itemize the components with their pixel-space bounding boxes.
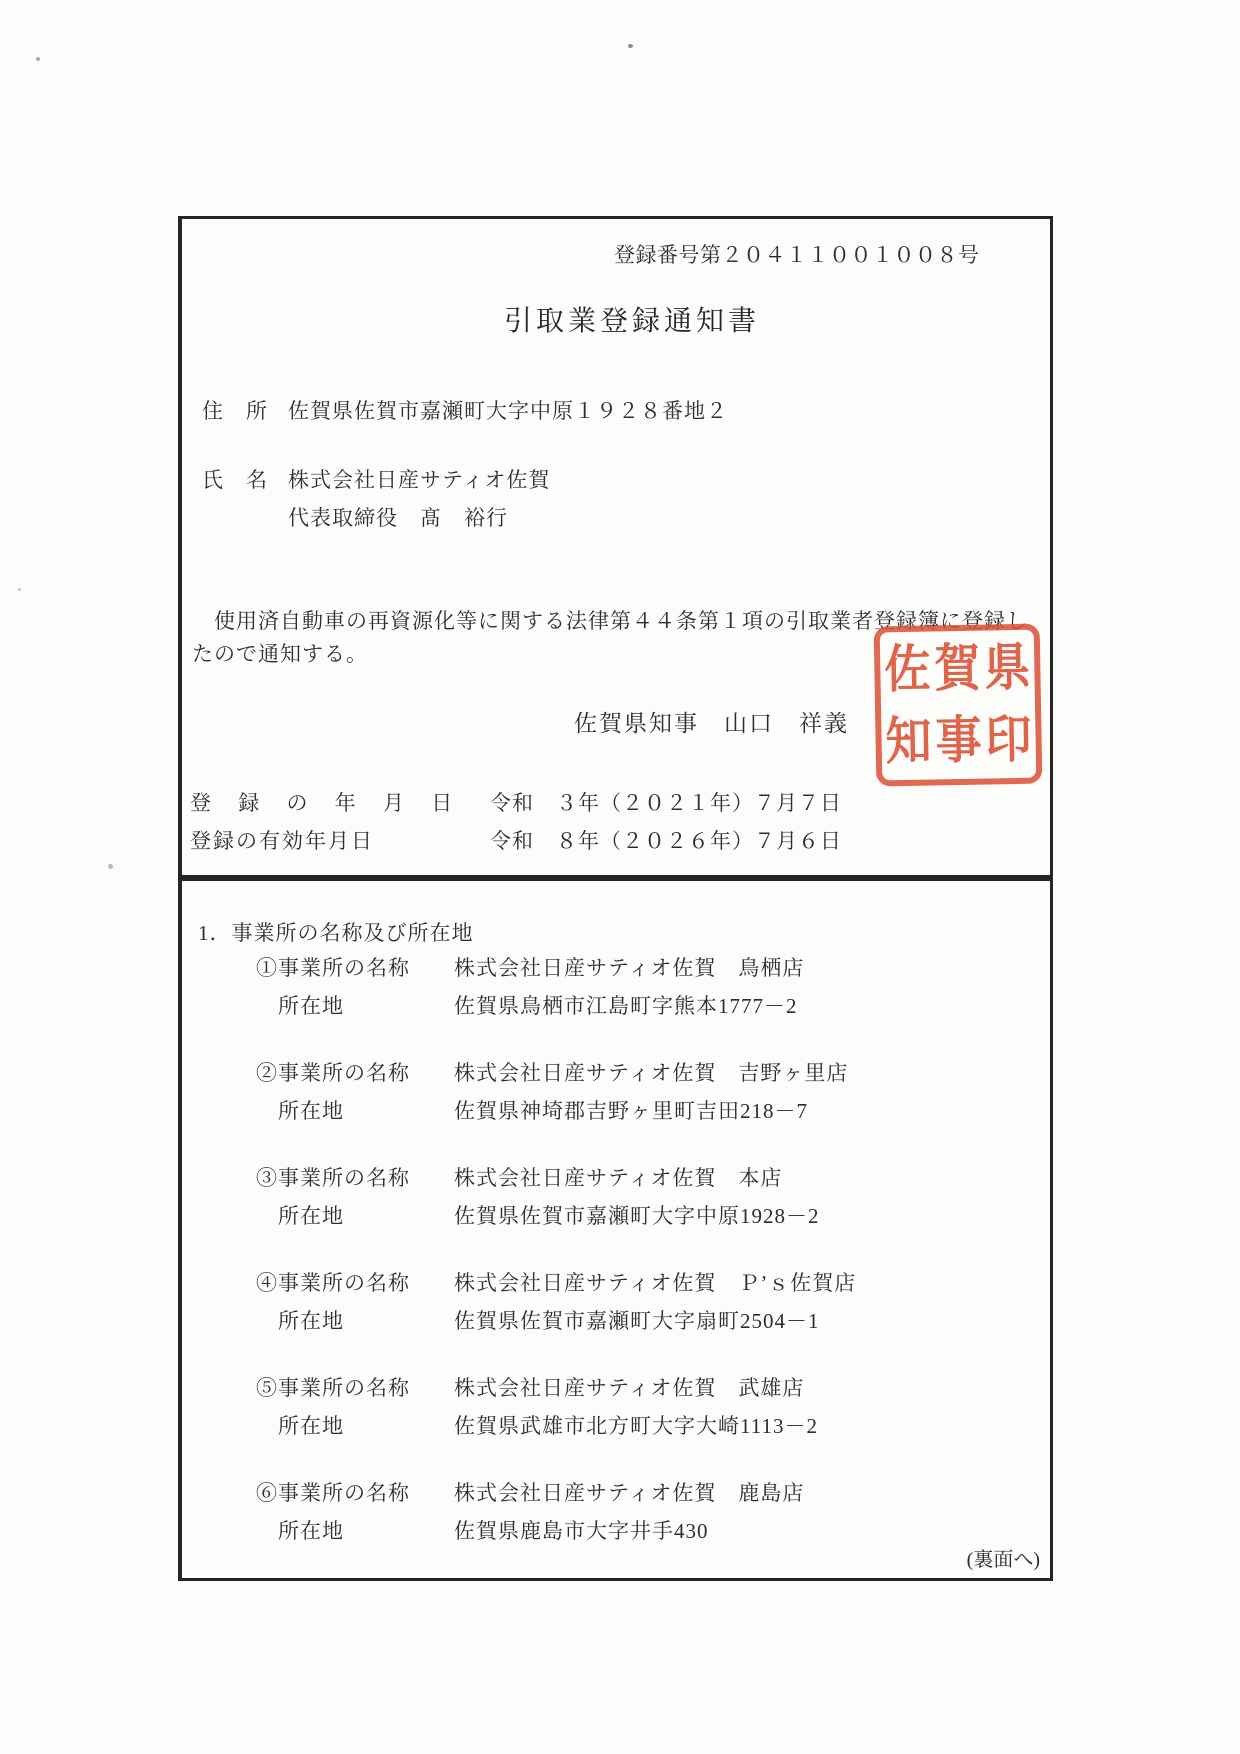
notification-box: 登録番号第２０４１１００１００８号 引取業登録通知書 住 所 佐賀県佐賀市嘉瀬町… xyxy=(178,216,1053,878)
scan-speck xyxy=(36,57,40,61)
office-name-label: ④事業所の名称 xyxy=(256,1267,410,1297)
seal-character: 知 xyxy=(885,716,932,768)
governor-signature: 佐賀県知事 山口 祥義 xyxy=(574,705,849,738)
office-name-value: 株式会社日産サティオ佐賀 吉野ヶ里店 xyxy=(454,1057,848,1087)
name-value: 株式会社日産サティオ佐賀 xyxy=(288,464,550,494)
scanned-document-page: { "doc": { "registration_number": "登録番号第… xyxy=(0,0,1240,1754)
scan-speck xyxy=(108,864,113,869)
registration-date-label: 登 録 の 年 月 日 xyxy=(190,791,463,815)
office-address-label: 所在地 xyxy=(278,990,344,1020)
office-name-value: 株式会社日産サティオ佐賀 武雄店 xyxy=(454,1372,804,1402)
office-address-label: 所在地 xyxy=(278,1515,344,1545)
office-address-label: 所在地 xyxy=(278,1410,344,1440)
office-name-value: 株式会社日産サティオ佐賀 本店 xyxy=(454,1162,782,1192)
scan-speck xyxy=(18,588,21,591)
office-marker: ③ xyxy=(256,1166,278,1190)
office-address-value: 佐賀県鹿島市大字井手430 xyxy=(454,1515,709,1545)
office-name-label: ③事業所の名称 xyxy=(256,1162,410,1192)
office-address-value: 佐賀県神埼郡吉野ヶ里町吉田218－7 xyxy=(454,1095,808,1125)
office-name-label: ⑥事業所の名称 xyxy=(256,1477,410,1507)
registration-number: 登録番号第２０４１１００１００８号 xyxy=(614,239,980,269)
body-text-line: たので通知する。 xyxy=(192,638,368,668)
office-name-value: 株式会社日産サティオ佐賀 Ｐ’ｓ佐賀店 xyxy=(454,1267,856,1297)
office-name-label-text: 事業所の名称 xyxy=(278,1481,410,1505)
office-address-value: 佐賀県鳥栖市江島町字熊本1777－2 xyxy=(454,990,798,1020)
office-address-value: 佐賀県武雄市北方町大字大崎1113－2 xyxy=(454,1410,818,1440)
office-address-label: 所在地 xyxy=(278,1305,344,1335)
office-marker: ⑥ xyxy=(256,1481,278,1505)
seal-character: 事 xyxy=(935,715,982,767)
offices-section-title: 1．事業所の名称及び所在地 xyxy=(198,917,474,947)
office-name-value: 株式会社日産サティオ佐賀 鳥栖店 xyxy=(454,952,804,982)
registration-date-value: 令和 ３年（２０２１年）７月７日 xyxy=(490,787,842,817)
office-name-label-text: 事業所の名称 xyxy=(278,1061,410,1085)
office-address-label: 所在地 xyxy=(278,1200,344,1230)
office-name-label-text: 事業所の名称 xyxy=(278,1271,410,1295)
seal-character: 県 xyxy=(984,642,1031,694)
registration-date-row: 登 録 の 年 月 日 令和 ３年（２０２１年）７月７日 xyxy=(190,787,1058,817)
office-marker: ② xyxy=(256,1061,278,1085)
office-marker: ⑤ xyxy=(256,1376,278,1400)
name-label: 氏 名 xyxy=(202,464,268,494)
representative-line: 代表取締役 髙 裕行 xyxy=(288,502,508,532)
office-address-value: 佐賀県佐賀市嘉瀬町大字扇町2504－1 xyxy=(454,1305,820,1335)
office-name-label-text: 事業所の名称 xyxy=(278,1376,410,1400)
seal-character: 印 xyxy=(985,714,1032,766)
continue-on-back-note: (裏面へ) xyxy=(967,1543,1040,1572)
office-name-label: ①事業所の名称 xyxy=(256,952,410,982)
address-value: 佐賀県佐賀市嘉瀬町大字中原１９２８番地２ xyxy=(288,395,728,425)
scan-speck xyxy=(628,44,633,48)
address-label: 住 所 xyxy=(202,395,268,425)
office-name-label: ⑤事業所の名称 xyxy=(256,1372,410,1402)
offices-box: 1．事業所の名称及び所在地 ①事業所の名称 株式会社日産サティオ佐賀 鳥栖店 所… xyxy=(178,878,1053,1581)
office-name-label-text: 事業所の名称 xyxy=(278,1166,410,1190)
office-address-value: 佐賀県佐賀市嘉瀬町大字中原1928－2 xyxy=(454,1200,820,1230)
office-marker: ④ xyxy=(256,1271,278,1295)
expiry-date-value: 令和 ８年（２０２６年）７月６日 xyxy=(490,825,842,855)
expiry-date-label: 登録の有効年月日 xyxy=(190,829,374,853)
document-title: 引取業登録通知書 xyxy=(504,299,760,339)
seal-character: 佐 xyxy=(884,644,931,696)
office-marker: ① xyxy=(256,956,278,980)
seal-character: 賀 xyxy=(934,643,981,695)
office-name-label: ②事業所の名称 xyxy=(256,1057,410,1087)
office-name-value: 株式会社日産サティオ佐賀 鹿島店 xyxy=(454,1477,804,1507)
office-name-label-text: 事業所の名称 xyxy=(278,956,410,980)
governor-seal-stamp: 佐 賀 県 知 事 印 xyxy=(874,624,1043,787)
office-address-label: 所在地 xyxy=(278,1095,344,1125)
expiry-date-row: 登録の有効年月日 令和 ８年（２０２６年）７月６日 xyxy=(190,825,1058,855)
